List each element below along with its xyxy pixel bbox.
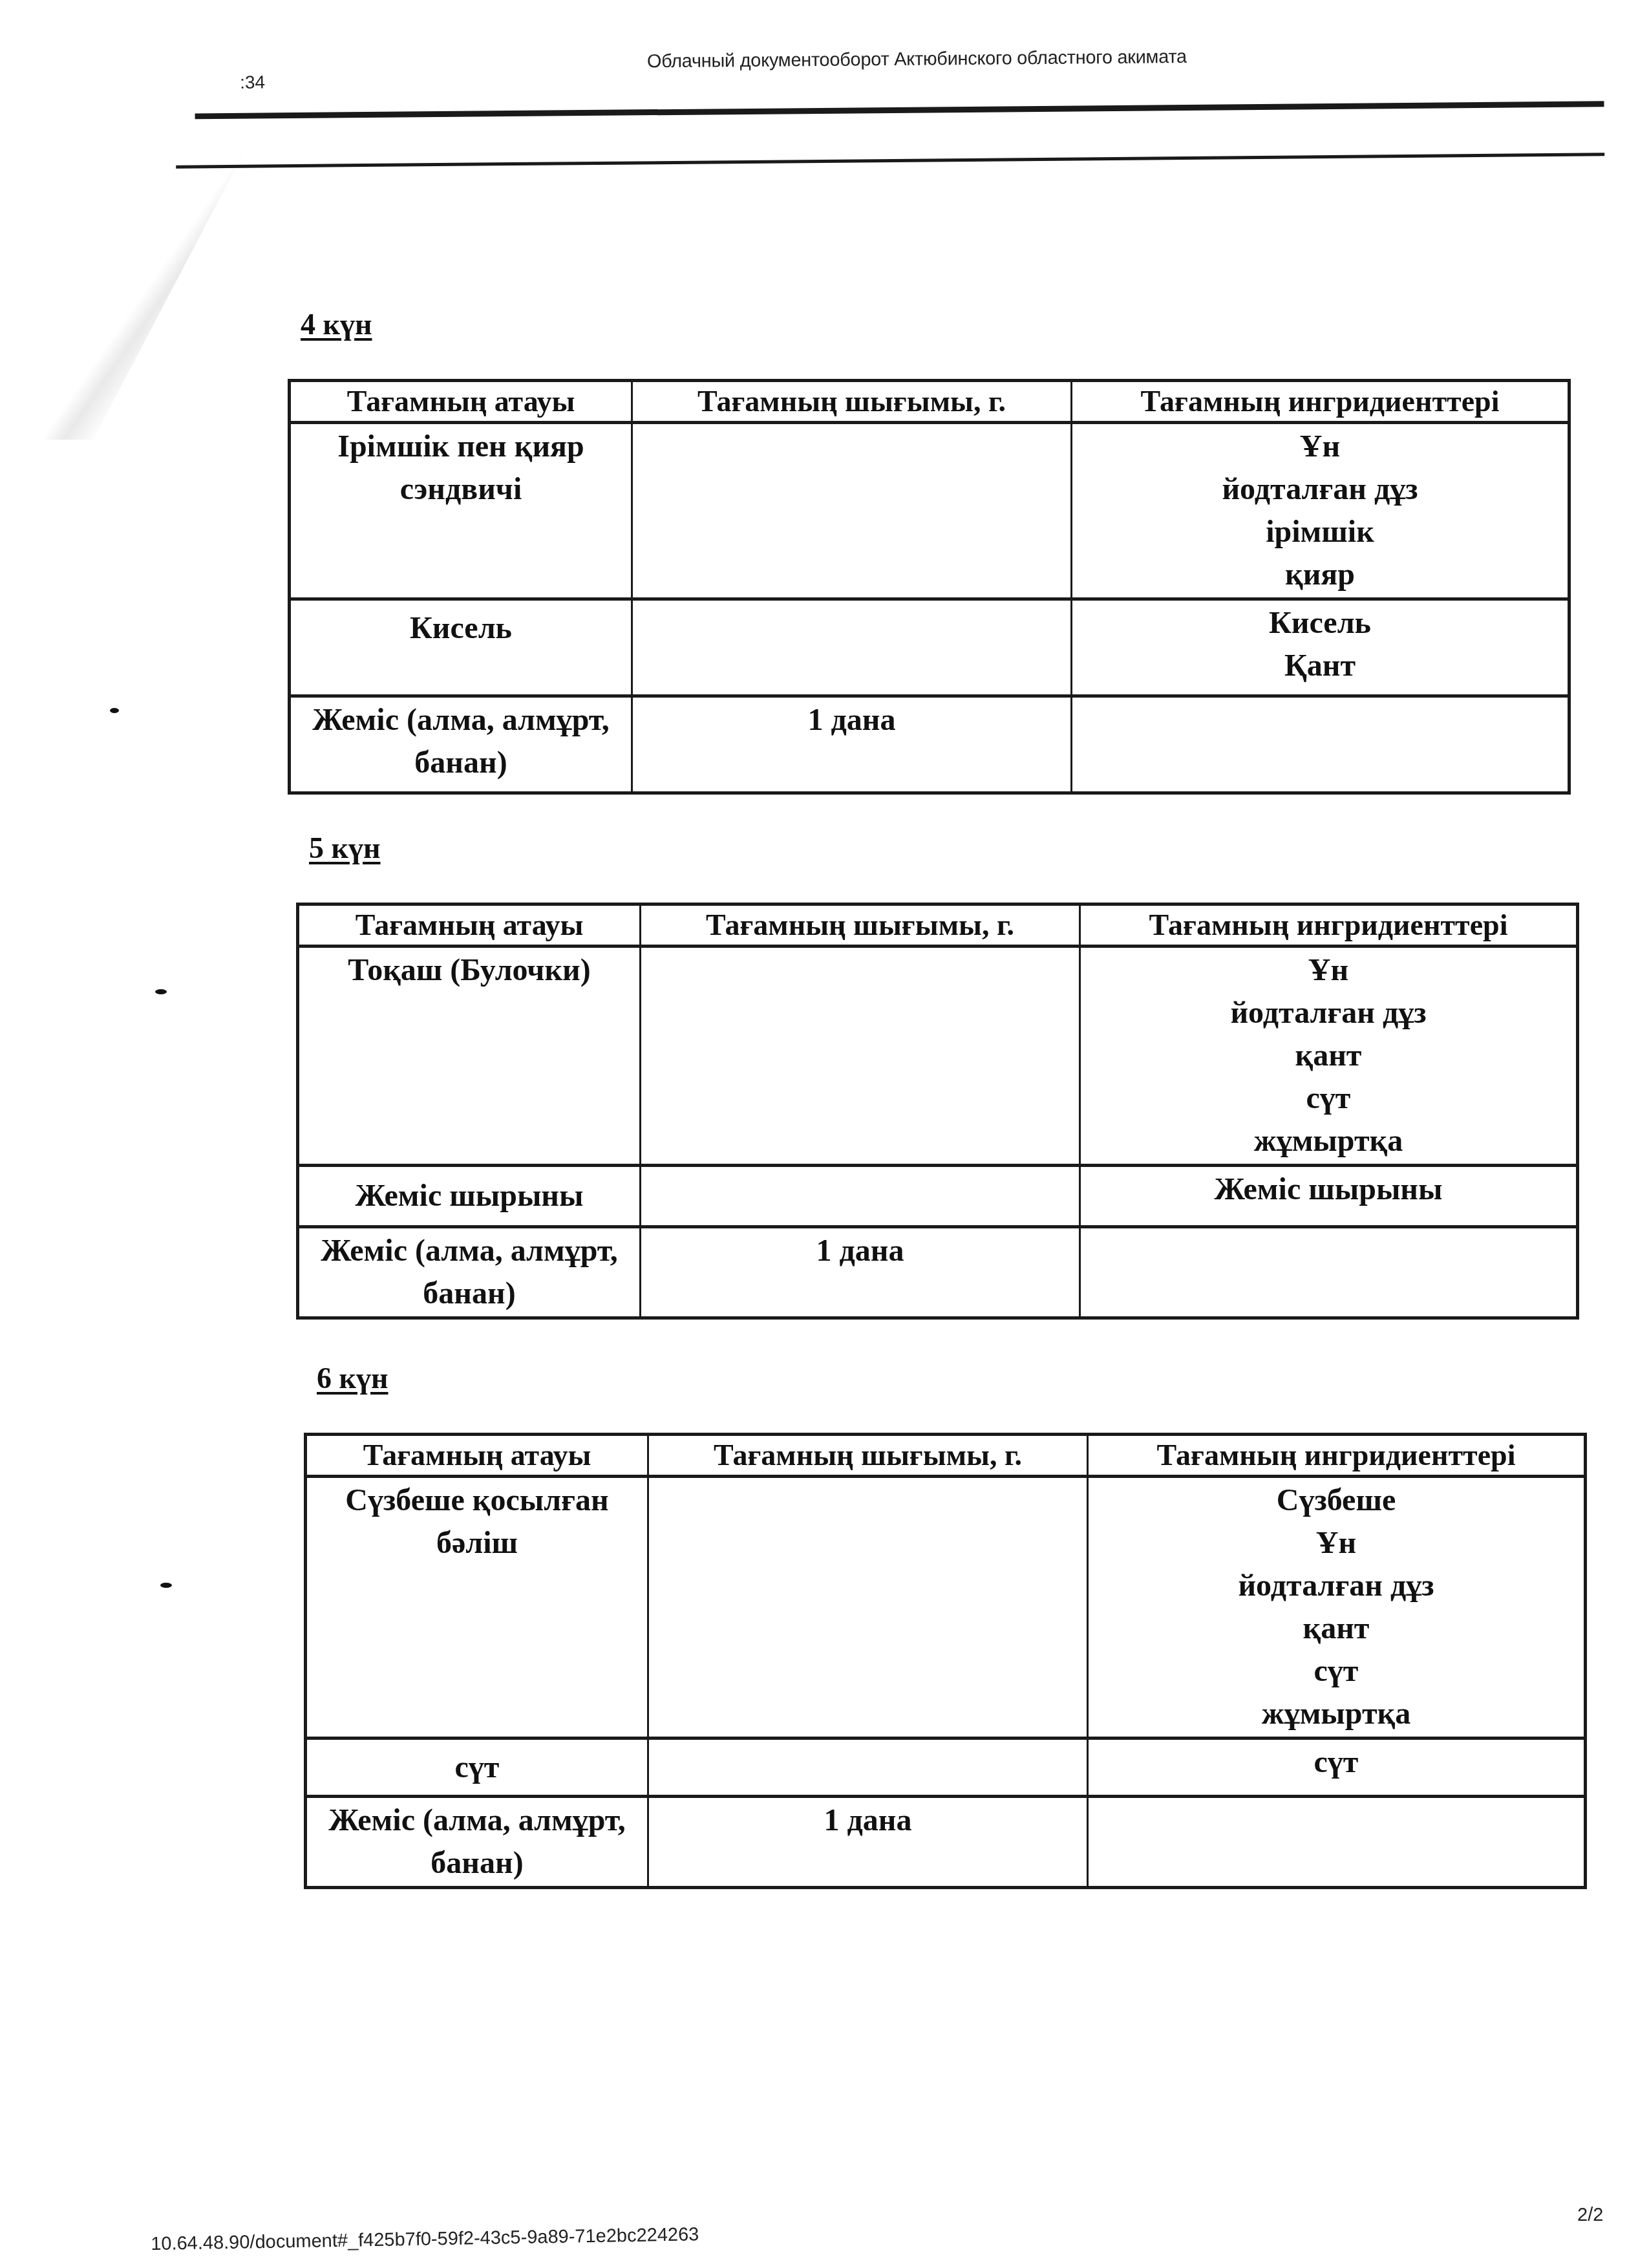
menu-table: Тағамның атауы Тағамның шығымы, г. Тағам… [296, 903, 1579, 1320]
menu-table: Тағамның атауы Тағамның шығымы, г. Тағам… [288, 379, 1571, 795]
dish-name: сүт [306, 1738, 648, 1797]
table-row: Жеміс (алма, алмұрт, банан) 1 дана [298, 1227, 1578, 1318]
day-section-6: 6 күн Тағамның атауы Тағамның шығымы, г.… [304, 1361, 1587, 1889]
dish-name: Жеміс шырыны [298, 1166, 641, 1227]
dish-name: Ірімшік пен қияр сэндвичі [290, 423, 632, 599]
dish-name: Жеміс (алма, алмұрт, банан) [298, 1227, 641, 1318]
ingredient-item: Ұн [1094, 1522, 1579, 1565]
header-ingredients: Тағамның ингридиенттері [1080, 904, 1578, 947]
day-title: 6 күн [317, 1361, 1587, 1395]
ingredient-item: йодталған дұз [1094, 1565, 1579, 1607]
dish-yield: 1 дана [632, 696, 1072, 793]
header-rule-thin [176, 153, 1604, 168]
dish-name: Жеміс (алма, алмұрт, банан) [306, 1797, 648, 1888]
scan-speck [160, 1583, 172, 1588]
day-title: 4 күн [301, 307, 1571, 341]
header-ingredients: Тағамның ингридиенттері [1072, 381, 1569, 423]
ingredient-item: қант [1094, 1607, 1579, 1650]
footer-url: 10.64.48.90/document#_f425b7f0-59f2-43c5… [151, 2224, 699, 2255]
ingredient-item: Жеміс шырыны [1086, 1168, 1571, 1211]
table-row: Кисель КисельҚант [290, 599, 1569, 696]
ingredient-item: қант [1086, 1034, 1571, 1077]
dish-yield [648, 1477, 1088, 1738]
dish-ingredients: Ұнйодталған дұзқантсүтжұмыртқа [1080, 947, 1578, 1166]
ingredient-item: қияр [1078, 553, 1562, 596]
ingredient-item: Ұн [1086, 949, 1571, 992]
header-rule-thick [195, 101, 1604, 119]
table-row: Тоқаш (Булочки) Ұнйодталған дұзқантсүтжұ… [298, 947, 1578, 1166]
dish-ingredients: КисельҚант [1072, 599, 1569, 696]
table-row: Жеміс шырыны Жеміс шырыны [298, 1166, 1578, 1227]
dish-yield: 1 дана [648, 1797, 1088, 1888]
ingredient-item: йодталған дұз [1078, 468, 1562, 511]
dish-ingredients: СүзбешеҰнйодталған дұзқантсүтжұмыртқа [1088, 1477, 1586, 1738]
ingredient-item: Ұн [1078, 425, 1562, 468]
page-number: 2/2 [1577, 2205, 1603, 2226]
scan-speck [110, 708, 119, 713]
ingredient-item: сүт [1086, 1077, 1571, 1120]
dish-name: Тоқаш (Булочки) [298, 947, 641, 1166]
day-section-5: 5 күн Тағамның атауы Тағамның шығымы, г.… [296, 831, 1579, 1320]
print-header: :34 Облачный документооборот Актюбинског… [0, 0, 1649, 181]
ingredient-item: йодталған дұз [1086, 992, 1571, 1034]
dish-yield [648, 1738, 1088, 1797]
ingredient-item: сүт [1094, 1741, 1579, 1784]
dish-yield [641, 947, 1080, 1166]
table-row: сүт сүт [306, 1738, 1586, 1797]
header-name: Тағамның атауы [298, 904, 641, 947]
header-yield: Тағамның шығымы, г. [632, 381, 1072, 423]
ingredient-item: жұмыртқа [1094, 1693, 1579, 1735]
header-name: Тағамның атауы [306, 1435, 648, 1477]
dish-ingredients [1080, 1227, 1578, 1318]
table-row: Ірімшік пен қияр сэндвичі Ұнйодталған дұ… [290, 423, 1569, 599]
scan-speck [155, 989, 167, 994]
dish-yield: 1 дана [641, 1227, 1080, 1318]
table-row: Жеміс (алма, алмұрт, банан) 1 дана [290, 696, 1569, 793]
menu-table: Тағамның атауы Тағамның шығымы, г. Тағам… [304, 1433, 1587, 1889]
header-yield: Тағамның шығымы, г. [641, 904, 1080, 947]
header-name: Тағамның атауы [290, 381, 632, 423]
day-section-4: 4 күн Тағамның атауы Тағамның шығымы, г.… [288, 307, 1571, 795]
header-ingredients: Тағамның ингридиенттері [1088, 1435, 1586, 1477]
ingredient-item: сүт [1094, 1650, 1579, 1693]
dish-ingredients: Жеміс шырыны [1080, 1166, 1578, 1227]
dish-yield [632, 599, 1072, 696]
dish-ingredients [1088, 1797, 1586, 1888]
ingredient-item: Сүзбеше [1094, 1479, 1579, 1522]
ingredient-item: жұмыртқа [1086, 1120, 1571, 1162]
day-title: 5 күн [309, 831, 1579, 865]
dish-ingredients [1072, 696, 1569, 793]
ingredient-item: Кисель [1078, 602, 1562, 645]
header-yield: Тағамның шығымы, г. [648, 1435, 1088, 1477]
ingredient-item: ірімшік [1078, 511, 1562, 553]
table-row: Жеміс (алма, алмұрт, банан) 1 дана [306, 1797, 1586, 1888]
print-time: :34 [240, 72, 265, 92]
dish-ingredients: сүт [1088, 1738, 1586, 1797]
dish-name: Жеміс (алма, алмұрт, банан) [290, 696, 632, 793]
dish-ingredients: Ұнйодталған дұзірімшікқияр [1072, 423, 1569, 599]
header-title: Облачный документооборот Актюбинского об… [647, 47, 1187, 72]
dish-name: Сүзбеше қосылған бәліш [306, 1477, 648, 1738]
ingredient-item: Қант [1078, 645, 1562, 687]
dish-yield [632, 423, 1072, 599]
table-row: Сүзбеше қосылған бәліш СүзбешеҰнйодталға… [306, 1477, 1586, 1738]
dish-yield [641, 1166, 1080, 1227]
dish-name: Кисель [290, 599, 632, 696]
